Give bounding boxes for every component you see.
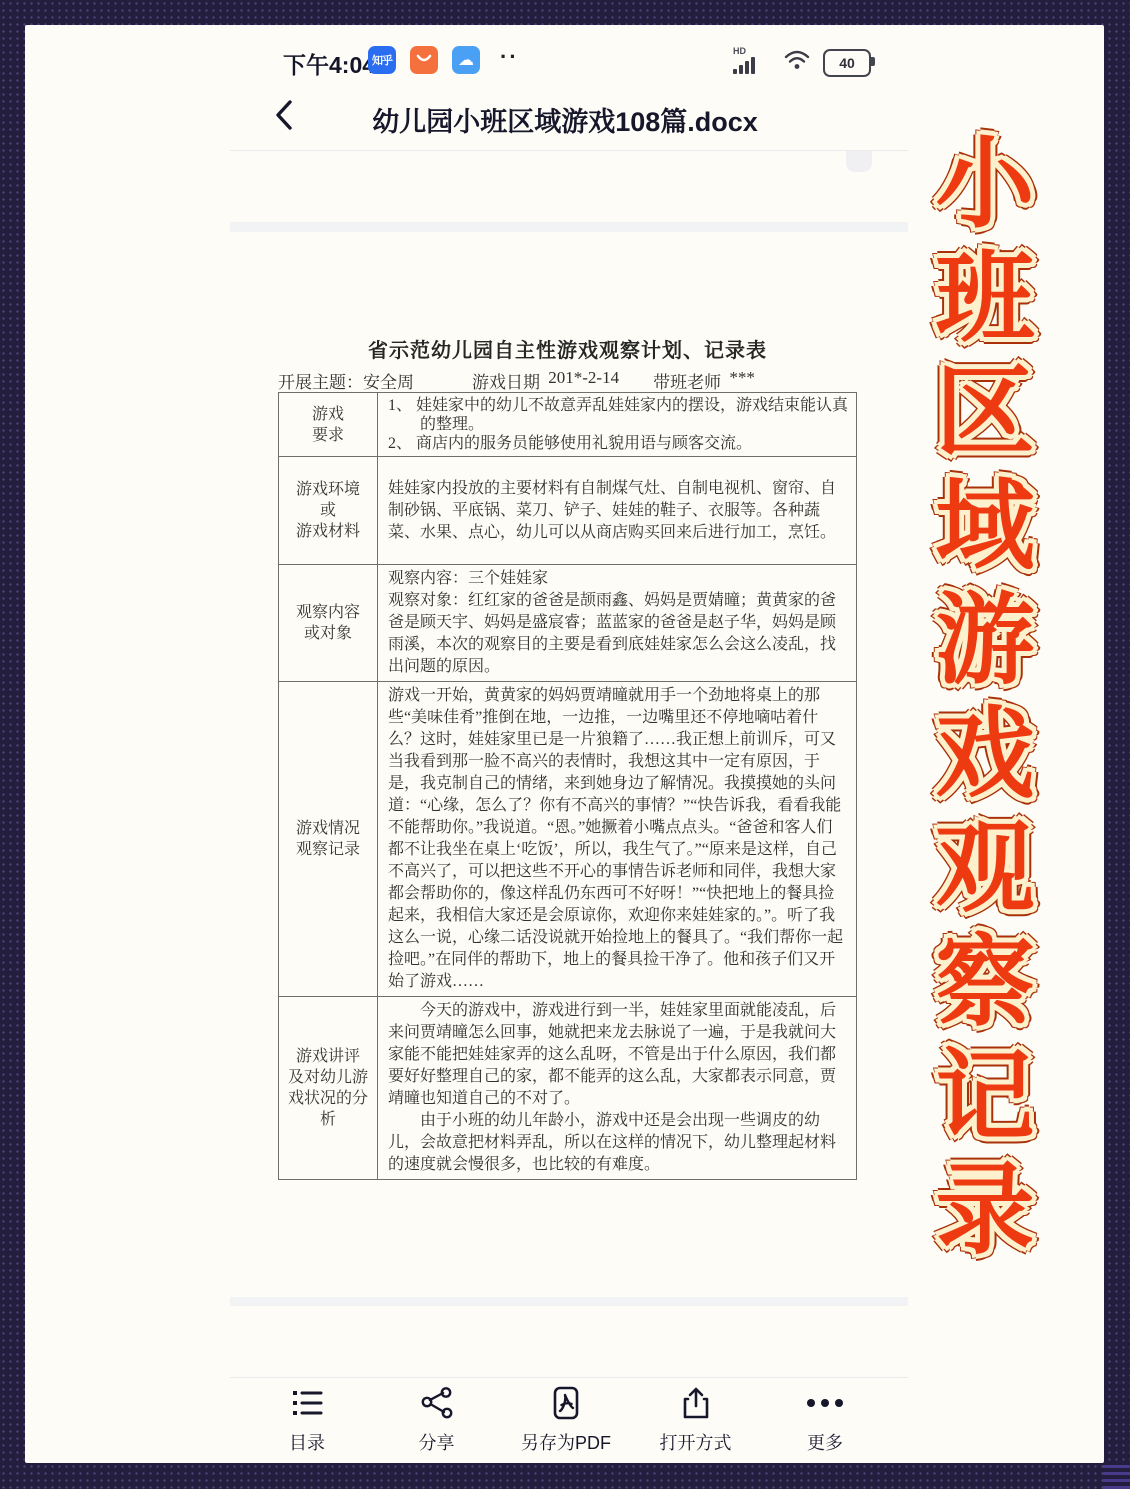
share-button[interactable]: 分享 xyxy=(378,1386,496,1455)
zhihu-app-icon: 知乎 xyxy=(368,46,396,74)
table-title: 省示范幼儿园自主性游戏观察计划、记录表 xyxy=(278,334,857,363)
titlebar-divider xyxy=(230,150,908,151)
more-button[interactable]: 更多 xyxy=(766,1386,884,1455)
page-gap-strip xyxy=(230,222,908,232)
toc-icon xyxy=(291,1386,323,1420)
content-paragraph: 游戏一开始，黄黄家的妈妈贾靖曈就用手一个劲地将桌上的那些“美味佳肴”推倒在地，一… xyxy=(388,685,848,993)
content-paragraph: 2、 商店内的服务员能够使用礼貌用语与顾客交流。 xyxy=(388,434,848,453)
content-paragraph: 观察对象：红红家的爸爸是颉雨鑫、妈妈是贾婧曈；黄黄家的爸爸是顾天宇、妈妈是盛宸睿… xyxy=(388,590,848,678)
corner-stripes-decoration xyxy=(1103,1463,1130,1489)
table-row: 游戏 要求 1、 娃娃家中的幼儿不故意弄乱娃娃家内的摆设，游戏结束能认真的整理。… xyxy=(279,393,857,457)
row-label: 游戏 要求 xyxy=(279,393,378,457)
open-with-icon xyxy=(680,1386,712,1420)
open-with-button[interactable]: 打开方式 xyxy=(637,1386,755,1455)
cloud-app-icon: ☁ xyxy=(452,46,480,74)
row-label: 观察内容 或对象 xyxy=(279,565,378,682)
teacher-value: *** xyxy=(725,368,761,393)
bottom-toolbar: 目录 分享 另存为PDF xyxy=(248,1386,884,1455)
orange-app-icon xyxy=(410,46,438,74)
table-meta-line: 开展主题：安全周游戏日期 201*-2-14带班老师 *** xyxy=(278,368,857,393)
row-label: 游戏讲评 及对幼儿游 戏状况的分 析 xyxy=(279,997,378,1180)
observation-table: 游戏 要求 1、 娃娃家中的幼儿不故意弄乱娃娃家内的摆设，游戏结束能认真的整理。… xyxy=(278,392,857,1180)
content-paragraph: 由于小班的幼儿年龄小，游戏中还是会出现一些调皮的幼儿，会故意把材料弄乱，所以在这… xyxy=(388,1110,848,1176)
table-row: 游戏情况 观察记录 游戏一开始，黄黄家的妈妈贾靖曈就用手一个劲地将桌上的那些“美… xyxy=(279,682,857,997)
date-label: 游戏日期 xyxy=(472,368,540,393)
scroll-indicator[interactable] xyxy=(846,151,872,172)
row-content: 观察内容：三个娃娃家 观察对象：红红家的爸爸是颉雨鑫、妈妈是贾婧曈；黄黄家的爸爸… xyxy=(378,565,857,682)
theme-label: 开展主题： xyxy=(278,368,363,393)
table-row: 游戏讲评 及对幼儿游 戏状况的分 析 今天的游戏中，游戏进行到一半，娃娃家里面就… xyxy=(279,997,857,1180)
document-title-bar: 幼儿园小班区域游戏108篇.docx xyxy=(300,100,830,139)
content-paragraph: 娃娃家内投放的主要材料有自制煤气灶、自制电视机、窗帘、自制砂锅、平底锅、菜刀、铲… xyxy=(388,478,848,544)
toc-button[interactable]: 目录 xyxy=(248,1386,366,1455)
battery-percent: 40 xyxy=(839,55,855,71)
page-gap-strip xyxy=(230,1297,908,1306)
hd-label: HD xyxy=(733,46,746,56)
date-value: 201*-2-14 xyxy=(544,368,625,393)
content-paragraph: 观察内容：三个娃娃家 xyxy=(388,568,848,590)
row-content: 今天的游戏中，游戏进行到一半，娃娃家里面就能凌乱，后来问贾靖曈怎么回事，她就把来… xyxy=(378,997,857,1180)
save-as-pdf-button[interactable]: 另存为PDF xyxy=(507,1386,625,1455)
vertical-headline: 小班区域游戏观察记录 xyxy=(908,106,1046,1296)
table-row: 观察内容 或对象 观察内容：三个娃娃家 观察对象：红红家的爸爸是颉雨鑫、妈妈是贾… xyxy=(279,565,857,682)
row-content: 1、 娃娃家中的幼儿不故意弄乱娃娃家内的摆设，游戏结束能认真的整理。 2、 商店… xyxy=(378,393,857,457)
battery-icon: 40 xyxy=(823,49,871,77)
row-content: 游戏一开始，黄黄家的妈妈贾靖曈就用手一个劲地将桌上的那些“美味佳肴”推倒在地，一… xyxy=(378,682,857,997)
wifi-icon xyxy=(783,48,813,77)
table-row: 游戏环境 或 游戏材料 娃娃家内投放的主要材料有自制煤气灶、自制电视机、窗帘、自… xyxy=(279,457,857,565)
teacher-label: 带班老师 xyxy=(653,368,721,393)
toc-label: 目录 xyxy=(289,1429,325,1455)
notification-overflow-dots: ·· xyxy=(500,44,519,70)
content-paragraph: 今天的游戏中，游戏进行到一半，娃娃家里面就能凌乱，后来问贾靖曈怎么回事，她就把来… xyxy=(388,1000,848,1110)
save-as-pdf-label: 另存为PDF xyxy=(521,1429,611,1455)
more-icon xyxy=(805,1386,845,1420)
theme-value: 安全周 xyxy=(363,368,414,393)
more-label: 更多 xyxy=(807,1429,843,1455)
cellular-signal-icon: HD xyxy=(733,46,773,76)
status-time: 下午4:04 xyxy=(283,47,375,80)
pdf-icon xyxy=(552,1386,580,1420)
row-label: 游戏环境 或 游戏材料 xyxy=(279,457,378,565)
content-paragraph: 1、 娃娃家中的幼儿不故意弄乱娃娃家内的摆设，游戏结束能认真的整理。 xyxy=(388,396,848,434)
row-content: 娃娃家内投放的主要材料有自制煤气灶、自制电视机、窗帘、自制砂锅、平底锅、菜刀、铲… xyxy=(378,457,857,565)
row-label: 游戏情况 观察记录 xyxy=(279,682,378,997)
open-with-label: 打开方式 xyxy=(660,1429,732,1455)
share-label: 分享 xyxy=(419,1429,455,1455)
share-icon xyxy=(421,1386,453,1420)
toolbar-divider xyxy=(230,1377,908,1378)
